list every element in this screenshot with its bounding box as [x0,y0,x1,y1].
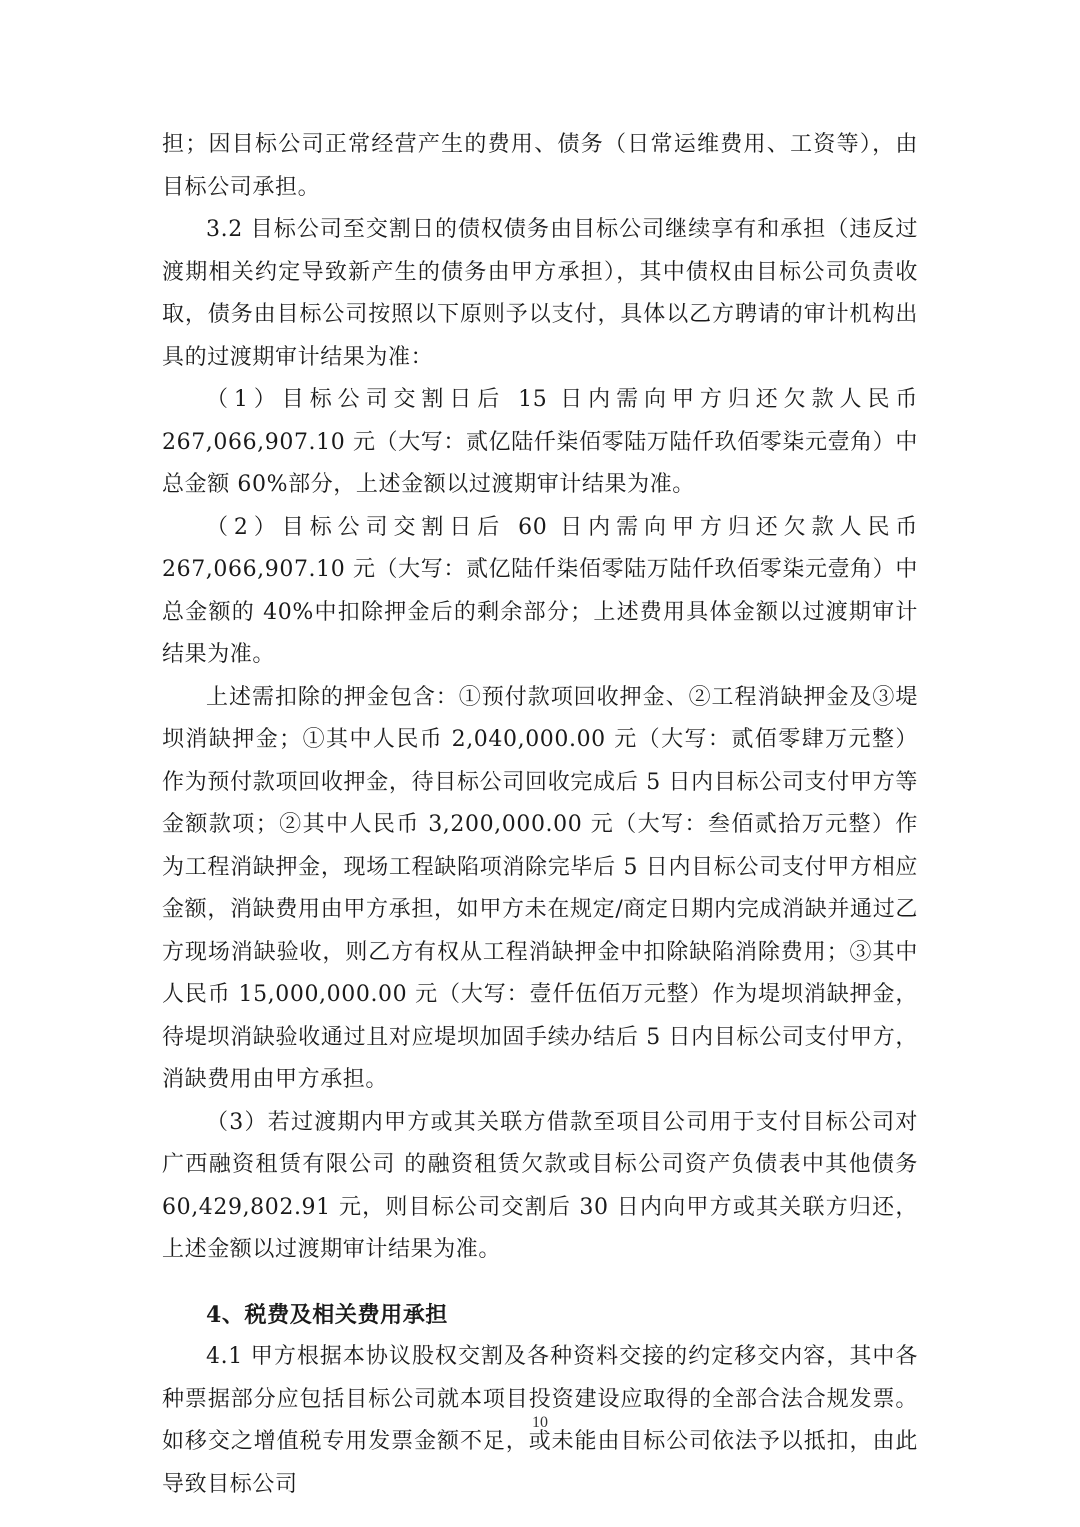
section-heading-taxes: 4、税费及相关费用承担 [162,1272,918,1337]
paragraph-deposit-details: 上述需扣除的押金包含：①预付款项回收押金、②工程消缺押金及③堤坝消缺押金；①其中… [162,677,918,1102]
page-number: 10 [0,1414,1080,1432]
paragraph-item-1-repayment-15-days: （1）目标公司交割日后 15 日内需向甲方归还欠款人民币 267,066,907… [162,379,918,507]
document-page: 担；因目标公司正常经营产生的费用、债务（日常运维费用、工资等），由目标公司承担。… [162,124,918,1506]
paragraph-continuation-costs: 担；因目标公司正常经营产生的费用、债务（日常运维费用、工资等），由目标公司承担。 [162,124,918,209]
paragraph-item-2-repayment-60-days: （2）目标公司交割日后 60 日内需向甲方归还欠款人民币 267,066,907… [162,507,918,677]
paragraph-3-2-claims-debts: 3.2 目标公司至交割日的债权债务由目标公司继续享有和承担（违反过渡期相关约定导… [162,209,918,379]
paragraph-item-3-related-party-loan: （3）若过渡期内甲方或其关联方借款至项目公司用于支付目标公司对广西融资租赁有限公… [162,1102,918,1272]
